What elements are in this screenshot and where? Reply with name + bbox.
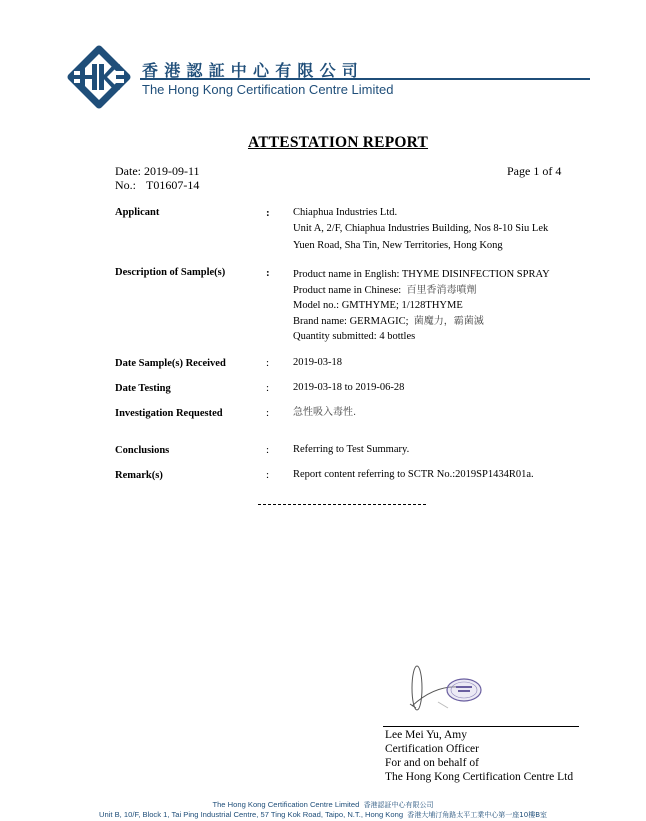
company-name-english: The Hong Kong Certification Centre Limit… <box>142 82 393 97</box>
signatory-block: Lee Mei Yu, Amy Certification Officer Fo… <box>385 728 573 784</box>
applicant-label: Applicant <box>115 207 159 218</box>
model-number: Model no.: GMTHYME; 1/128THYME <box>293 298 550 314</box>
description-colon: : <box>266 267 270 279</box>
brand-name: Brand name: GERMAGIC; 菌魔力，霸菌滅 <box>293 314 550 330</box>
date-received-value: 2019-03-18 <box>293 355 342 371</box>
signatory-name: Lee Mei Yu, Amy <box>385 728 573 742</box>
product-name-chinese: Product name in Chinese: 百里香消毒噴劑 <box>293 283 550 299</box>
number-value: T01607-14 <box>146 178 199 192</box>
footer-address: Unit B, 10/F, Block 1, Tai Ping Industri… <box>0 810 646 820</box>
applicant-value: Chiaphua Industries Ltd. Unit A, 2/F, Ch… <box>293 205 548 254</box>
remarks-value: Report content referring to SCTR No.:201… <box>293 467 534 483</box>
applicant-name: Chiaphua Industries Ltd. <box>293 205 548 221</box>
header-rule <box>140 78 590 80</box>
investigation-label: Investigation Requested <box>115 408 223 419</box>
remarks-label: Remark(s) <box>115 470 163 481</box>
description-value: Product name in English: THYME DISINFECT… <box>293 267 550 345</box>
signatory-title: Certification Officer <box>385 742 573 756</box>
date-received-label: Date Sample(s) Received <box>115 358 226 369</box>
quantity-submitted: Quantity submitted: 4 bottles <box>293 329 550 345</box>
hkcc-logo-icon <box>66 44 132 110</box>
conclusions-value: Referring to Test Summary. <box>293 442 409 458</box>
on-behalf-of: For and on behalf of <box>385 756 573 770</box>
signature-line <box>383 726 579 727</box>
date-value: 2019-09-11 <box>144 164 200 178</box>
applicant-address-line-2: Yuen Road, Sha Tin, New Territories, Hon… <box>293 238 548 254</box>
date-received-colon: : <box>266 357 269 369</box>
applicant-address-line-1: Unit A, 2/F, Chiaphua Industries Buildin… <box>293 221 548 237</box>
report-date: Date: 2019-09-11 <box>115 164 200 179</box>
signatory-company: The Hong Kong Certification Centre Ltd <box>385 770 573 784</box>
footer-company: The Hong Kong Certification Centre Limit… <box>0 800 646 810</box>
conclusions-colon: : <box>266 444 269 456</box>
description-label: Description of Sample(s) <box>115 267 225 278</box>
product-name-english: Product name in English: THYME DISINFECT… <box>293 267 550 283</box>
date-testing-colon: : <box>266 382 269 394</box>
report-title: ATTESTATION REPORT <box>0 134 646 152</box>
date-testing-label: Date Testing <box>115 383 171 394</box>
remarks-colon: : <box>266 469 269 481</box>
report-number: No.:T01607-14 <box>115 178 199 193</box>
end-divider <box>258 504 426 505</box>
page-indicator: Page 1 of 4 <box>507 164 561 179</box>
date-label: Date: <box>115 164 141 178</box>
investigation-colon: : <box>266 407 269 419</box>
signature-with-stamp-icon <box>400 664 500 714</box>
conclusions-label: Conclusions <box>115 445 169 456</box>
date-testing-value: 2019-03-18 to 2019-06-28 <box>293 380 404 396</box>
investigation-value: 急性吸入毒性. <box>293 405 356 421</box>
applicant-colon: : <box>266 207 270 219</box>
number-label: No.: <box>115 178 136 192</box>
